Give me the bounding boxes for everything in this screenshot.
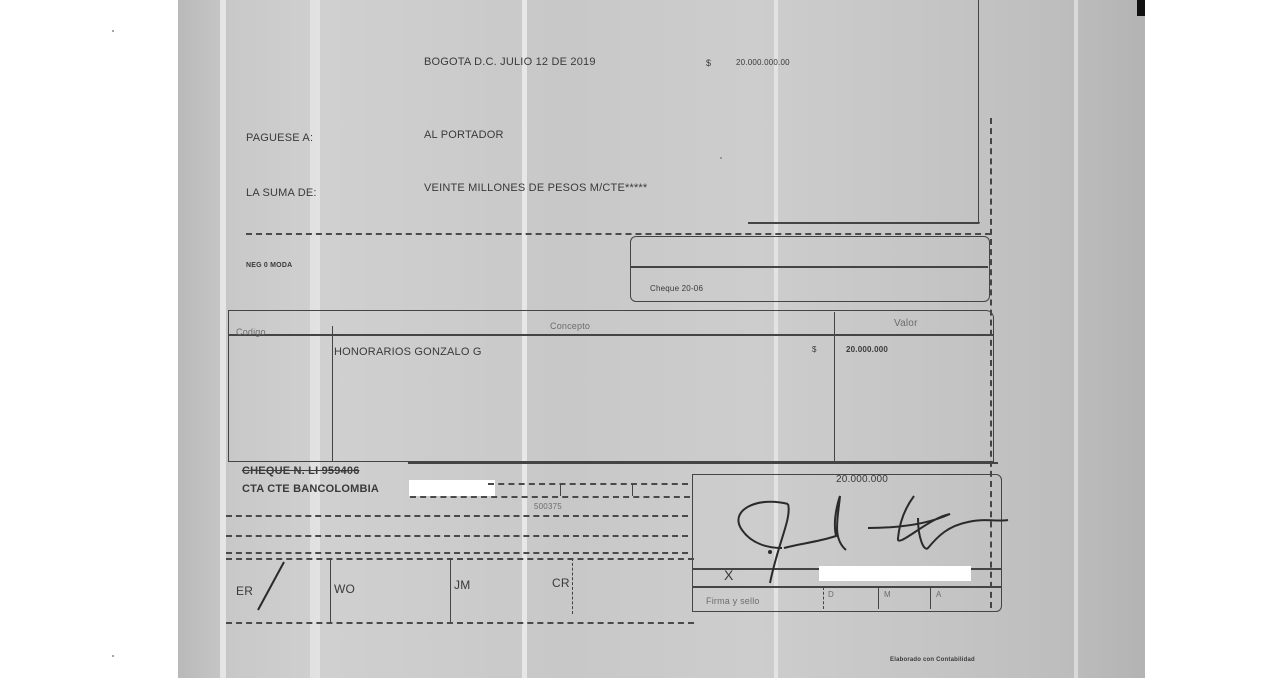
amount-top: 20.000.000.00	[736, 58, 790, 67]
sum-label: LA SUMA DE:	[246, 187, 317, 199]
speck	[720, 157, 722, 159]
initials-er: ER	[236, 584, 253, 598]
table-header-divider	[228, 334, 994, 336]
payee-value: AL PORTADOR	[424, 129, 504, 141]
cheque-number: CHEQUE N. LI 959406	[242, 465, 360, 477]
separator-dashed	[246, 233, 991, 235]
initials-jm: JM	[454, 578, 470, 592]
table-header-code: Codigo	[236, 327, 266, 337]
account-label: CTA CTE BANCOLOMBIA	[242, 483, 379, 495]
dashed-line	[226, 535, 688, 537]
tick	[560, 484, 561, 496]
field-divider	[930, 587, 931, 609]
footer-note: Elaborado con Contabilidad	[890, 657, 975, 663]
separator	[748, 222, 980, 224]
concept-table	[228, 310, 994, 462]
table-col-divider	[834, 312, 835, 462]
sum-value: VEINTE MILLONES DE PESOS M/CTE*****	[424, 182, 647, 194]
table-row-currency: $	[812, 345, 817, 354]
scan-streak	[220, 0, 226, 678]
small-label-left: NEG 0 MODA	[246, 262, 292, 269]
bank-box-caption: Cheque 20-06	[650, 284, 703, 293]
initials-cr: CR	[552, 576, 570, 590]
currency-symbol: $	[706, 58, 711, 68]
table-row-value: 20.000.000	[846, 345, 888, 354]
field-month: M	[884, 590, 891, 599]
field-day: D	[828, 590, 834, 599]
table-header-value: Valor	[894, 318, 918, 329]
bank-box-divider	[631, 266, 988, 268]
tick	[632, 484, 633, 496]
dashed-line	[226, 515, 688, 517]
initials-divider	[572, 558, 573, 614]
scan-corner-mark	[1137, 0, 1145, 16]
table-row-concept: HONORARIOS GONZALO G	[334, 346, 482, 358]
dashed-line	[488, 483, 688, 485]
signature-bottom-label: Firma y sello	[706, 596, 760, 606]
place-date: BOGOTA D.C. JULIO 12 DE 2019	[424, 56, 596, 68]
form-border	[978, 0, 979, 222]
field-divider	[878, 587, 879, 609]
payee-label: PAGUESE A:	[246, 132, 313, 144]
speck	[112, 655, 114, 657]
scanned-document-page: BOGOTA D.C. JULIO 12 DE 2019 $ 20.000.00…	[178, 0, 1145, 678]
redacted-account-number	[409, 480, 495, 496]
initials-wo: WO	[334, 582, 355, 596]
small-note: 500375	[534, 502, 562, 511]
field-divider	[823, 587, 824, 609]
scan-streak	[1074, 0, 1078, 678]
table-col-divider	[332, 326, 333, 461]
check-slash-icon	[254, 558, 288, 614]
total-row-top	[408, 462, 998, 464]
table-header-concept: Concepto	[550, 321, 590, 331]
initials-row-top	[226, 558, 694, 560]
redacted-signer-name	[819, 566, 971, 581]
initials-divider	[450, 558, 451, 622]
field-year: A	[936, 590, 942, 599]
dashed-line	[410, 496, 690, 498]
initials-row-bottom	[226, 622, 694, 624]
speck	[112, 30, 114, 32]
initials-divider	[330, 558, 331, 622]
dashed-line	[226, 552, 688, 554]
